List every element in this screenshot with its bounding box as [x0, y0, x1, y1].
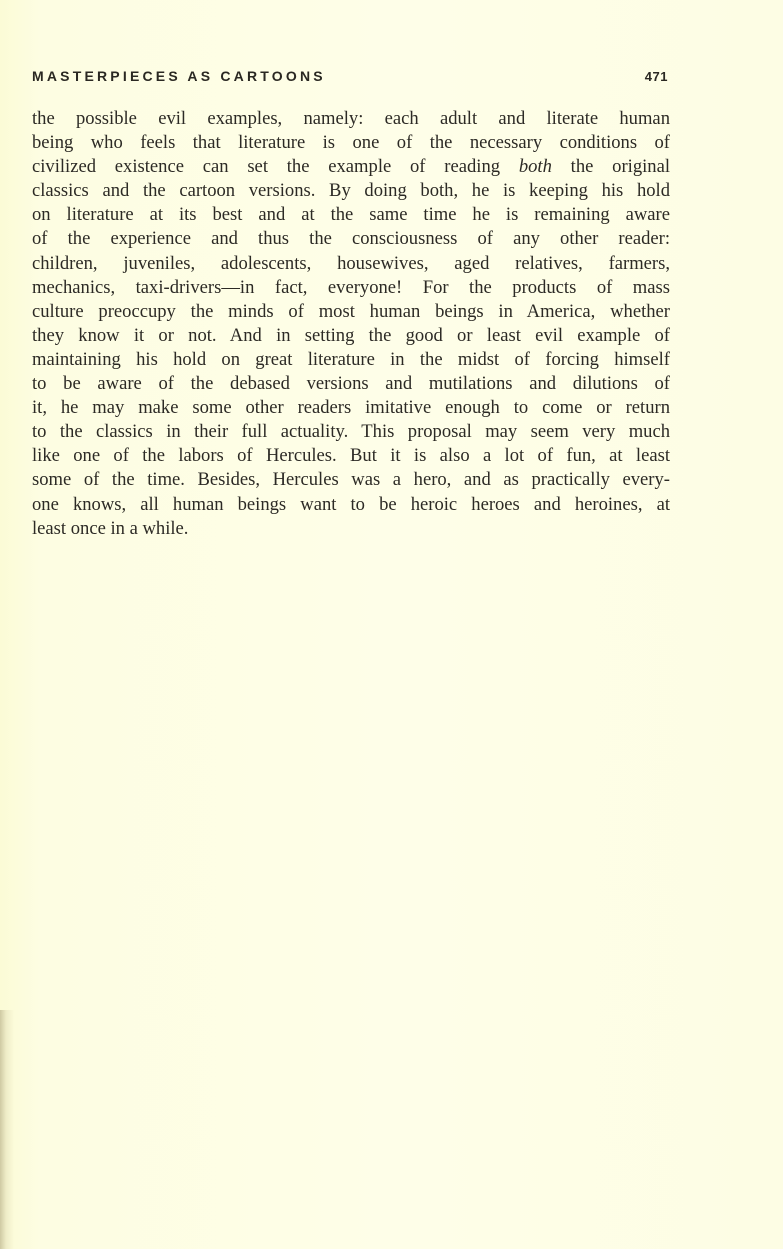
text-line: they know it or not. And in setting the …: [32, 324, 670, 348]
text-line: one knows, all human beings want to be h…: [32, 493, 670, 517]
text-line: least once in a while.: [32, 517, 670, 541]
body-paragraph: the possible evil examples, namely: each…: [32, 107, 670, 541]
text-line: to be aware of the debased versions and …: [32, 372, 670, 396]
emphasis-text: both: [519, 156, 552, 177]
text-line: to the classics in their full actuality.…: [32, 420, 670, 444]
text-line: like one of the labors of Hercules. But …: [32, 444, 670, 468]
page-edge-shadow: [0, 1010, 14, 1249]
text-line: it, he may make some other readers imita…: [32, 396, 670, 420]
text-segment: the original: [571, 156, 670, 177]
text-line: civilized existence can set the example …: [32, 155, 670, 179]
text-line: maintaining his hold on great literature…: [32, 348, 670, 372]
text-line: culture preoccupy the minds of most huma…: [32, 300, 670, 324]
text-line: on literature at its best and at the sam…: [32, 203, 670, 227]
page-number: 471: [645, 69, 668, 84]
text-line: being who feels that literature is one o…: [32, 131, 670, 155]
text-line: of the experience and thus the conscious…: [32, 227, 670, 251]
running-header: MASTERPIECES AS CARTOONS 471: [32, 66, 670, 86]
text-line: mechanics, taxi-drivers—in fact, everyon…: [32, 276, 670, 300]
text-line: classics and the cartoon versions. By do…: [32, 179, 670, 203]
text-segment: civilized existence can set the example …: [32, 156, 500, 177]
text-line: children, juveniles, adolescents, housew…: [32, 252, 670, 276]
book-page: MASTERPIECES AS CARTOONS 471 the possibl…: [0, 0, 783, 1249]
text-line: the possible evil examples, namely: each…: [32, 107, 670, 131]
running-title: MASTERPIECES AS CARTOONS: [32, 68, 326, 84]
text-line: some of the time. Besides, Hercules was …: [32, 468, 670, 492]
